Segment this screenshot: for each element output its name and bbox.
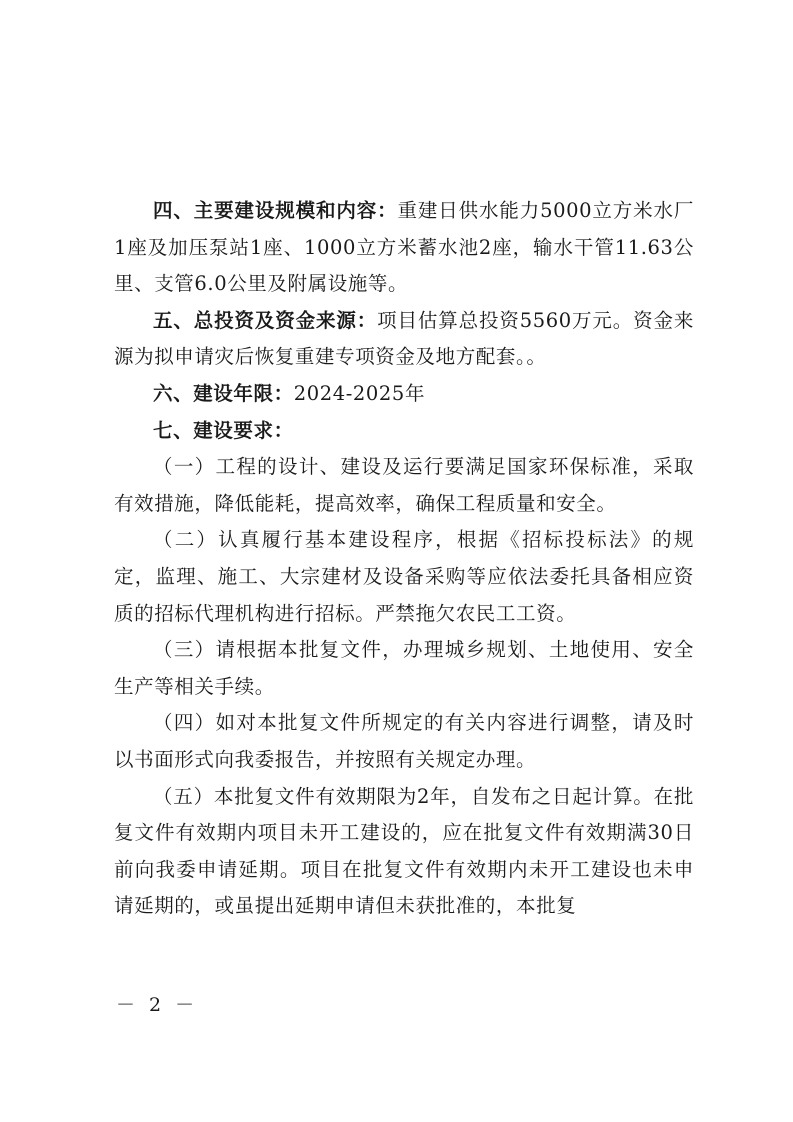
page-number: － 2 － — [116, 990, 198, 1017]
section-construction-scale: 四、主要建设规模和内容：重建日供水能力5000立方米水厂1座及加压泵站1座、10… — [114, 193, 694, 303]
section-requirements: 七、建设要求： — [114, 413, 694, 450]
section-investment: 五、总投资及资金来源：项目估算总投资5560万元。资金来源为拟申请灾后恢复重建专… — [114, 303, 694, 376]
requirement-item-1: （一）工程的设计、建设及运行要满足国家环保标准，采取有效措施，降低能耗，提高效率… — [114, 449, 694, 522]
section-heading: 六、建设年限： — [153, 382, 294, 405]
section-text: 2024-2025年 — [294, 382, 425, 405]
requirement-item-4: （四）如对本批复文件所规定的有关内容进行调整，请及时以书面形式向我委报告，并按照… — [114, 705, 694, 778]
requirement-item-5: （五）本批复文件有效期限为2年，自发布之日起计算。在批复文件有效期内项目未开工建… — [114, 779, 694, 925]
section-heading: 五、总投资及资金来源： — [153, 309, 377, 332]
section-heading: 四、主要建设规模和内容： — [153, 199, 397, 222]
section-construction-period: 六、建设年限：2024-2025年 — [114, 376, 694, 413]
requirement-item-2: （二）认真履行基本建设程序，根据《招标投标法》的规定，监理、施工、大宗建材及设备… — [114, 522, 694, 632]
section-heading: 七、建设要求： — [153, 419, 294, 442]
document-page: 四、主要建设规模和内容：重建日供水能力5000立方米水厂1座及加压泵站1座、10… — [114, 193, 694, 925]
requirement-item-3: （三）请根据本批复文件，办理城乡规划、土地使用、安全生产等相关手续。 — [114, 632, 694, 705]
